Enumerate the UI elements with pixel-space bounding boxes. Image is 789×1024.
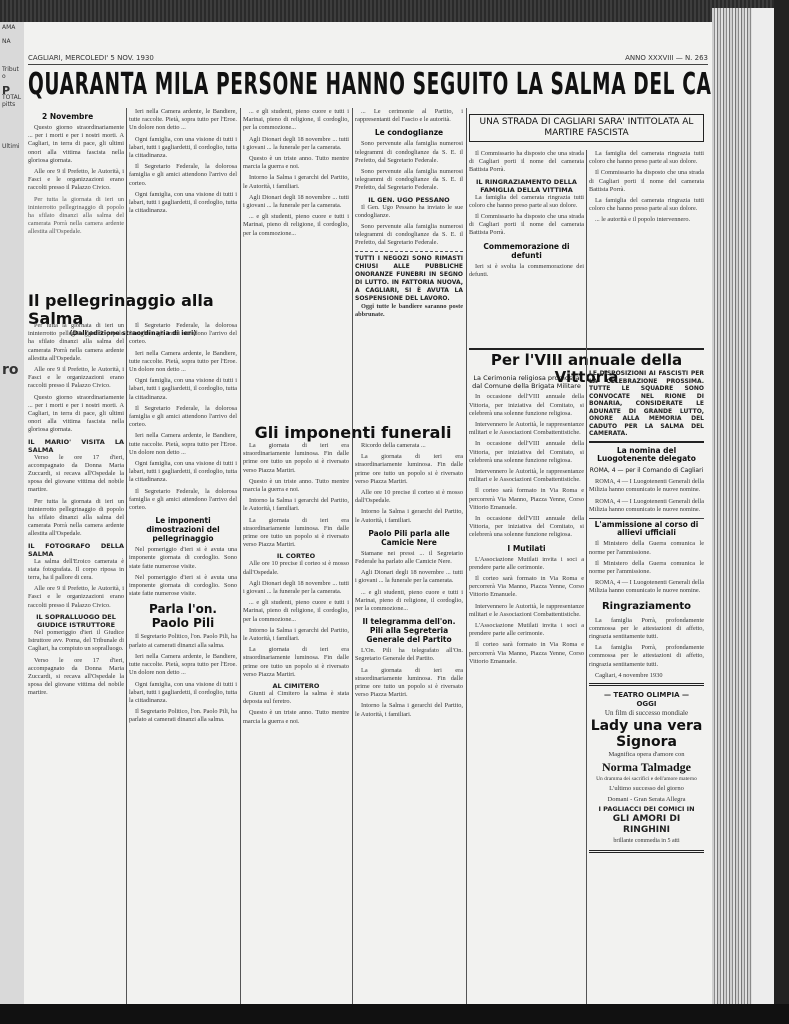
paragraph: Intervennero le Autorità, le rappresenta…	[469, 603, 584, 619]
paragraph: Il Ministero della Guerra comunica le no…	[589, 560, 704, 576]
paragraph: Il Gen. Ugo Pessano ha inviato le sue co…	[355, 204, 463, 220]
masthead-date: CAGLIARI, MERCOLEDI' 5 NOV. 1930	[28, 54, 154, 64]
paragraph: Il Ministero della Guerra comunica le no…	[589, 540, 704, 556]
paragraph: Verso le ore 17 d'ieri, accompagnato da …	[28, 454, 124, 495]
street-named-title: UNA STRADA DI CAGLIARI SARA' INTITOLATA …	[469, 114, 704, 142]
paragraph: Il Commissario ha disposto che una strad…	[469, 150, 584, 175]
paragraph: Intervennero le Autorità, le rappresenta…	[469, 421, 584, 437]
paragraph: ROMA, 4 — I Luogotenenti Generali della …	[589, 579, 704, 595]
paragraph: ... e gli studenti, pieno cuore e tutti …	[355, 589, 463, 614]
telegram-heading: Il telegramma dell'on. Pili alla Segrete…	[355, 617, 463, 644]
paragraph: Stamane nei pressi ... il Segretario Fed…	[355, 550, 463, 566]
paragraph: Il corteo sarà formato in Via Roma e per…	[469, 487, 584, 512]
paragraph: ... e gli studenti, pieno cuore e tutti …	[243, 599, 349, 624]
main-headline: QUARANTA MILA PERSONE HANNO SEGUITO LA S…	[28, 67, 710, 102]
paragraph: Ricordo della camerata ...	[355, 442, 463, 450]
paragraph: Per tutta la giornata di ieri un ininter…	[28, 498, 124, 539]
paragraph: Per tutta la giornata di ieri un ininter…	[28, 196, 124, 237]
fragment: Tributo	[2, 66, 22, 80]
paragraph: ... e gli studenti, pieno cuore e tutti …	[243, 108, 349, 133]
paragraph: Il corteo sarà formato in Via Roma e per…	[469, 575, 584, 600]
commemoration-heading: Commemorazione di defunti	[469, 242, 584, 260]
paragraph: Il Segretario Federale, la dolorosa fami…	[129, 488, 237, 513]
street-title-block: UNA STRADA DI CAGLIARI SARA' INTITOLATA …	[469, 114, 704, 142]
pili-blackshirts-heading: Paolo Pili parla alle Camicie Nere	[355, 529, 463, 547]
paragraph: Intorno la Salma i gerarchi del Partito,…	[355, 702, 463, 718]
paragraph: Questo giorno straordinariamente ... per…	[28, 394, 124, 435]
ad-tagline: Un film di successo mondiale	[589, 709, 704, 717]
paragraph: ... Le cerimonie al Partito, i rappresen…	[355, 108, 463, 124]
paragraph: Ogni famiglia, con una visione di tutti …	[129, 377, 237, 402]
ad-line: L'ultimo successo del giorno	[589, 785, 704, 793]
shops-closed-notice: Tutti i negozi sono rimasti chiusi ALLE …	[355, 251, 463, 303]
pili-speech-heading: Parla l'on. Paolo Pili	[129, 602, 237, 630]
masthead: CAGLIARI, MERCOLEDI' 5 NOV. 1930 ANNO XX…	[28, 54, 708, 65]
ad-line: brillante commedia in 5 atti	[589, 837, 704, 845]
paragraph: Ieri nella Camera ardente, le Bandiere, …	[129, 432, 237, 457]
column-rule	[126, 108, 127, 1018]
paragraph: In occasione dell'VIII annuale della Vit…	[469, 440, 584, 465]
nomination-heading: La nomina del Luogotenente delegato	[589, 447, 704, 463]
fragment: ro	[2, 367, 22, 374]
paragraph: Ogni famiglia, con una visione di tutti …	[129, 136, 237, 161]
paragraph: La famiglia del camerata ringrazia tutti…	[469, 194, 584, 210]
fragment: AMA	[2, 24, 22, 31]
column-4-top: ... Le cerimonie al Partito, i rappresen…	[355, 108, 463, 428]
paragraph: Sono pervenute alla famiglia numerosi te…	[355, 140, 463, 165]
paragraph: Ieri nella Camera ardente, le Bandiere, …	[129, 350, 237, 375]
ad-line: Un dramma dei sacrifici e dell'amore mat…	[589, 775, 704, 783]
paragraph: Intorno la Salma i gerarchi del Partito,…	[355, 508, 463, 524]
column-6: LE DISPOSIZIONI AI FASCISTI PER LA CELEB…	[589, 370, 704, 1022]
ad-theatre-name: — TEATRO OLIMPIA —	[589, 691, 704, 699]
ad-description: Magnifica opera d'amore con	[589, 751, 704, 759]
column-rule	[352, 108, 353, 1018]
paragraph: ... e gli studenti, pieno cuore e tutti …	[243, 213, 349, 238]
ad-line: Domani - Gran Serata Allegra	[589, 796, 704, 804]
demonstrations-heading: Le imponenti dimostrazioni del pellegrin…	[129, 516, 237, 543]
column-rule	[586, 150, 587, 1020]
paragraph: La famiglia Porrà, profondamente commoss…	[589, 617, 704, 642]
paragraph: Sono pervenute alla famiglia numerosi te…	[355, 223, 463, 248]
condolences-heading: Le condoglianze	[355, 128, 463, 137]
paragraph: Intorno la Salma i gerarchi del Partito,…	[243, 497, 349, 513]
paragraph: Ieri si è svolta la commemorazione dei d…	[469, 263, 584, 279]
paragraph: Ogni famiglia, con una visione di tutti …	[129, 460, 237, 485]
paragraph: Ieri nella Camera ardente, le Bandiere, …	[129, 653, 237, 678]
paragraph: Il corteo sarà formato in Via Roma e per…	[469, 641, 584, 666]
paragraph: Agli Dionari degli 18 novembre ... tutti…	[243, 580, 349, 596]
section-heading: IL FOTOGRAFO DELLA SALMA	[28, 542, 124, 558]
paragraph: Intorno la Salma i gerarchi del Partito,…	[243, 627, 349, 643]
paragraph: Intervennero le Autorità, le rappresenta…	[469, 468, 584, 484]
paragraph: Giunti al Cimitero la salma è stata depo…	[243, 690, 349, 706]
masthead-issue: ANNO XXXVIII — N. 263	[625, 54, 708, 64]
ad-star: Norma Talmadge	[589, 760, 704, 774]
paragraph: Sono pervenute alla famiglia numerosi te…	[355, 168, 463, 193]
section-heading: IL CORTEO	[243, 552, 349, 560]
nomination-subheading: ROMA, 4 — per il Comando di Cagliari	[589, 467, 704, 475]
paragraph: Agli Dionari degli 18 novembre ... tutti…	[243, 136, 349, 152]
signature: Cagliari, 4 novembre 1930	[589, 672, 704, 680]
column-3: La giornata di ieri era straordinariamen…	[243, 442, 349, 1022]
paragraph: Nel pomeriggio d'ieri si è avuta una imp…	[129, 574, 237, 599]
fragment: Ultimi	[2, 143, 22, 150]
victory-subheading: La Cerimonia religiosa promossa dal Comu…	[469, 374, 584, 390]
section-heading: IL RINGRAZIAMENTO DELLA FAMIGLIA DELLA V…	[469, 178, 584, 194]
paragraph: Alle ore 9 il Prefetto, le Autorità, i F…	[28, 168, 124, 193]
paragraph: L'Associazione Mutilati invita i soci a …	[469, 622, 584, 638]
page-margin	[752, 8, 774, 1004]
paragraph: In occasione dell'VIII annuale della Vit…	[469, 515, 584, 540]
paragraph: Intorno la Salma i gerarchi del Partito,…	[243, 174, 349, 190]
paragraph: Agli Dionari degli 18 novembre ... tutti…	[355, 569, 463, 585]
paragraph: La giornata di ieri era straordinariamen…	[243, 646, 349, 679]
paragraph: Questo è un triste anno. Tutto mentre ma…	[243, 478, 349, 494]
fragment: TOTAL	[2, 94, 22, 101]
binding-spine	[774, 0, 789, 1024]
paragraph: La giornata di ieri era straordinariamen…	[243, 442, 349, 475]
fascist-orders-notice: LE DISPOSIZIONI AI FASCISTI PER LA CELEB…	[589, 370, 704, 443]
ad-film-title: Lady una vera Signora	[589, 718, 704, 750]
page-stack-edge	[712, 8, 752, 1008]
ad-line: I PAGLIACCI DEI COMICI in	[589, 805, 704, 813]
paragraph: Ogni famiglia, con una visione di tutti …	[129, 191, 237, 216]
column-2: Il Segretario Federale, la dolorosa fami…	[129, 322, 237, 1022]
section-heading: IL GEN. UGO PESSANO	[355, 196, 463, 204]
column-5: La Cerimonia religiosa promossa dal Comu…	[469, 370, 584, 1022]
paragraph: Per tutta la giornata di ieri un ininter…	[28, 322, 124, 363]
paragraph: La giornata di ieri era straordinariamen…	[355, 453, 463, 486]
column-4: Ricordo della camerata ... La giornata d…	[355, 442, 463, 1022]
paragraph: Ogni famiglia, con una visione di tutti …	[129, 681, 237, 706]
paragraph: Alle ore 10 precise il corteo si è mosso…	[243, 560, 349, 576]
paragraph: Nel pomeriggio d'ieri il Giudice Istrutt…	[28, 629, 124, 654]
paragraph: La famiglia Porrà, profondamente commoss…	[589, 644, 704, 669]
ad-second-film: GLI AMORI DI RINGHINI	[589, 814, 704, 836]
section-heading: IL MARIO' VISITA LA SALMA	[28, 438, 124, 454]
paragraph: ROMA, 4 — I Luogotenenti Generali della …	[589, 478, 704, 494]
paragraph: La famiglia del camerata ringrazia tutti…	[589, 150, 704, 166]
paragraph: La giornata di ieri era straordinariamen…	[355, 667, 463, 700]
paragraph: L'Associazione Mutilati invita i soci a …	[469, 556, 584, 572]
paragraph: ... le autorità e il popolo intervennero…	[589, 216, 704, 224]
column-2-top: Ieri nella Camera ardente, le Bandiere, …	[129, 108, 237, 288]
paragraph: L'On. Pili ha telegrafato all'On. Segret…	[355, 647, 463, 663]
paragraph: Ieri nella Camera ardente, le Bandiere, …	[129, 108, 237, 133]
officer-course-heading: L'ammissione al corso di allievi ufficia…	[589, 518, 704, 537]
column-3-top: ... e gli studenti, pieno cuore e tutti …	[243, 108, 349, 428]
paragraph: La giornata di ieri era straordinariamen…	[243, 517, 349, 550]
paragraph: Il Segretario Federale, la dolorosa fami…	[129, 405, 237, 430]
previous-page-edge: AMA NA Tributo P TOTAL pitts Ultimi ro	[0, 22, 27, 1022]
paragraph: Il Segretario Politico, l'on. Paolo Pili…	[129, 708, 237, 724]
paragraph: Nel pomeriggio d'ieri si è avuta una imp…	[129, 546, 237, 571]
paragraph: Il Segretario Federale, la dolorosa fami…	[129, 163, 237, 188]
scan-border-bottom	[0, 1004, 789, 1024]
paragraph: In occasione dell'VIII annuale della Vit…	[469, 393, 584, 418]
paragraph: Agli Dionari degli 18 novembre ... tutti…	[243, 194, 349, 210]
theatre-advertisement: — TEATRO OLIMPIA — OGGI Un film di succe…	[589, 683, 704, 853]
paragraph: Il Segretario Politico, l'on. Paolo Pili…	[129, 633, 237, 649]
previous-page-fragments: AMA NA Tributo P TOTAL pitts Ultimi ro	[0, 22, 24, 376]
paragraph: La salma dell'Eroico camerata è stata fo…	[28, 558, 124, 583]
newspaper-page: CAGLIARI, MERCOLEDI' 5 NOV. 1930 ANNO XX…	[24, 22, 712, 1004]
fragment: pitts	[2, 101, 22, 108]
fragment: P	[2, 87, 22, 94]
paragraph: Il Commissario ha disposto che una strad…	[469, 213, 584, 238]
paragraph: Alle ore 10 precise il corteo si è mosso…	[355, 489, 463, 505]
column-1-lower: Per tutta la giornata di ieri un ininter…	[28, 322, 124, 1022]
dateline: 2 Novembre	[28, 112, 124, 121]
paragraph: Questo è un triste anno. Tutto mentre ma…	[243, 709, 349, 725]
paragraph: Il Commissario ha disposto che una strad…	[589, 169, 704, 194]
paragraph: Oggi tutte le bandiere saranno poste abb…	[355, 303, 463, 319]
section-heading: IL SOPRALLUOGO DEL GIUDICE ISTRUTTORE	[28, 613, 124, 629]
paragraph: Alle ore 9 il Prefetto, le Autorità, i F…	[28, 585, 124, 610]
mutilated-heading: I Mutilati	[469, 544, 584, 553]
paragraph: ROMA, 4 — I Luogotenenti Generali della …	[589, 498, 704, 514]
column-rule	[466, 108, 467, 1018]
column-6-top: La famiglia del camerata ringrazia tutti…	[589, 150, 704, 340]
ad-today: OGGI	[589, 700, 704, 708]
paragraph: Questo giorno straordinariamente ... per…	[28, 124, 124, 165]
column-5-top: Il Commissario ha disposto che una strad…	[469, 150, 584, 340]
scan-border-top	[0, 0, 789, 22]
thanks-heading: Ringraziamento	[589, 600, 704, 614]
fragment: NA	[2, 38, 22, 45]
paragraph: Alle ore 9 il Prefetto, le Autorità, i F…	[28, 366, 124, 391]
paragraph: Questo è un triste anno. Tutto mentre ma…	[243, 155, 349, 171]
paragraph: Il Segretario Federale, la dolorosa fami…	[129, 322, 237, 347]
column-rule	[240, 108, 241, 1018]
paragraph: La famiglia del camerata ringrazia tutti…	[589, 197, 704, 213]
paragraph: Verso le ore 17 d'ieri, accompagnato da …	[28, 657, 124, 698]
section-heading: AL CIMITERO	[243, 682, 349, 690]
